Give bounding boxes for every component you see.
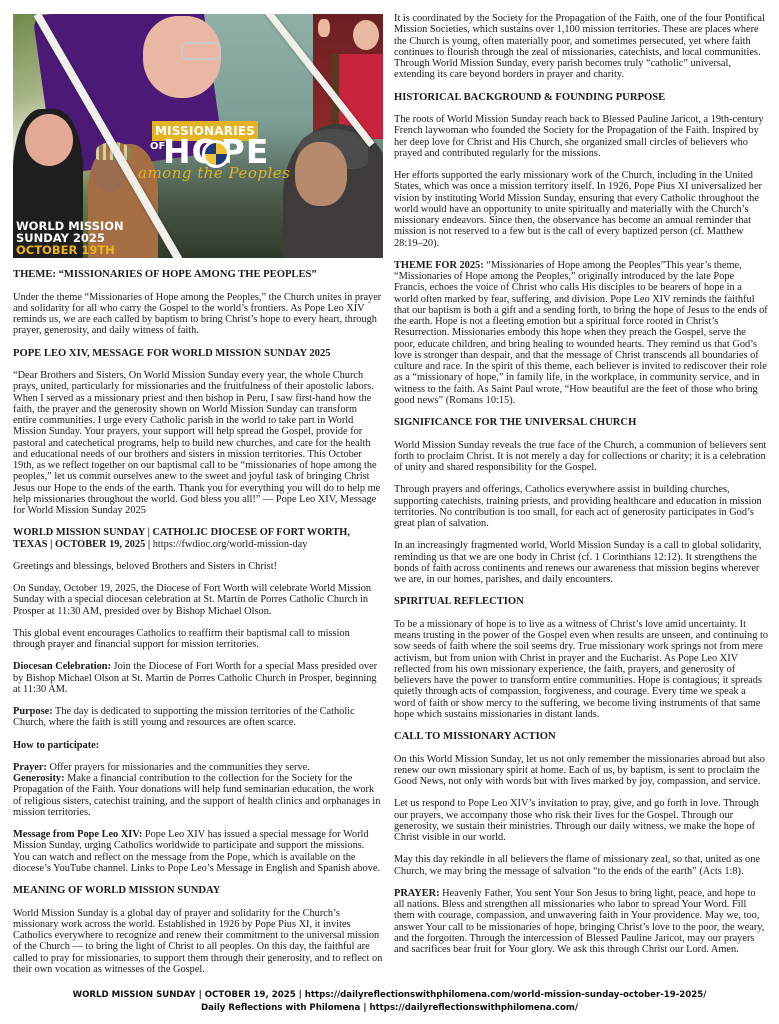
generosity-label: Generosity: <box>13 773 65 784</box>
call-to-action-heading: CALL TO MISSIONARY ACTION <box>394 731 768 743</box>
history-paragraph-2: Her efforts supported the early missiona… <box>394 170 768 249</box>
history-paragraph-1: The roots of World Mission Sunday reach … <box>394 114 768 159</box>
hero-image: MISSIONARIES OF HOPE among the Peoples W… <box>13 14 383 258</box>
pope-message-heading: POPE LEO XIV, MESSAGE FOR WORLD MISSION … <box>13 348 383 360</box>
page-footer: WORLD MISSION SUNDAY | OCTOBER 19, 2025 … <box>0 989 779 1015</box>
prayer-text: Offer prayers for missionaries and the c… <box>47 762 310 773</box>
celebration-intro-paragraph: On Sunday, October 19, 2025, the Diocese… <box>13 583 383 617</box>
theme-2025-label: THEME FOR 2025: <box>394 260 484 271</box>
coordination-paragraph: It is coordinated by the Society for the… <box>394 13 768 81</box>
theme-paragraph: Under the theme “Missionaries of Hope am… <box>13 292 383 337</box>
hero-event-date: OCTOBER 19TH <box>16 244 124 256</box>
hero-priest-left-head <box>25 114 73 166</box>
purpose-text: The day is dedicated to supporting the m… <box>13 706 355 728</box>
how-to-participate-label: How to participate: <box>13 740 99 751</box>
significance-paragraph-1: World Mission Sunday reveals the true fa… <box>394 440 768 474</box>
call-to-action-paragraph-3: May this day rekindle in all believers t… <box>394 854 768 877</box>
theme-heading: THEME: “MISSIONARIES OF HOPE AMONG THE P… <box>13 269 383 281</box>
how-to-participate-heading: How to participate: <box>13 740 383 751</box>
significance-paragraph-3: In an increasingly fragmented world, Wor… <box>394 540 768 585</box>
diocese-link[interactable]: https://fwdioc.org/world-mission-day <box>153 539 308 550</box>
generosity-item: Generosity: Make a financial contributio… <box>13 773 383 818</box>
greeting-paragraph: Greetings and blessings, beloved Brother… <box>13 561 383 572</box>
left-column: MISSIONARIES OF HOPE among the Peoples W… <box>13 0 383 986</box>
meaning-heading: MEANING OF WORLD MISSION SUNDAY <box>13 885 383 897</box>
call-to-action-paragraph-2: Let us respond to Pope Leo XIV’s invitat… <box>394 798 768 843</box>
significance-paragraph-2: Through prayers and offerings, Catholics… <box>394 484 768 529</box>
prayer-label: Prayer: <box>13 762 47 773</box>
pope-video-message-label: Message from Pope Leo XIV: <box>13 829 142 840</box>
purpose-paragraph: Purpose: The day is dedicated to support… <box>13 706 383 729</box>
meaning-paragraph: World Mission Sunday is a global day of … <box>13 908 383 976</box>
significance-heading: SIGNIFICANCE FOR THE UNIVERSAL CHURCH <box>394 417 768 429</box>
hero-pope-figure <box>353 20 379 50</box>
closing-prayer-text: Heavenly Father, You sent Your Son Jesus… <box>394 888 764 955</box>
hero-pope-hand <box>318 19 330 37</box>
history-heading: HISTORICAL BACKGROUND & FOUNDING PURPOSE <box>394 92 768 104</box>
hero-event-caption: WORLD MISSION SUNDAY 2025 OCTOBER 19TH <box>16 220 124 256</box>
closing-prayer-paragraph: PRAYER: Heavenly Father, You sent Your S… <box>394 888 768 956</box>
footer-line-1[interactable]: WORLD MISSION SUNDAY | OCTOBER 19, 2025 … <box>0 989 779 1002</box>
hero-elderly-woman-face <box>295 142 347 206</box>
spiritual-reflection-heading: SPIRITUAL REFLECTION <box>394 596 768 608</box>
spiritual-reflection-paragraph: To be a missionary of hope is to live as… <box>394 619 768 720</box>
diocese-heading: WORLD MISSION SUNDAY | CATHOLIC DIOCESE … <box>13 527 383 550</box>
diocesan-celebration-paragraph: Diocesan Celebration: Join the Diocese o… <box>13 661 383 695</box>
footer-line-2[interactable]: Daily Reflections with Philomena | https… <box>0 1002 779 1015</box>
right-column: It is coordinated by the Society for the… <box>394 13 768 966</box>
hero-among-peoples-text: among the Peoples <box>138 164 290 182</box>
diocesan-celebration-label: Diocesan Celebration: <box>13 661 111 672</box>
pope-message-paragraph: “Dear Brothers and Sisters, On World Mis… <box>13 370 383 516</box>
theme-2025-text: “Missionaries of Hope among the Peoples”… <box>394 260 768 406</box>
call-to-action-paragraph-1: On this World Mission Sunday, let us not… <box>394 754 768 788</box>
pope-video-message-paragraph: Message from Pope Leo XIV: Pope Leo XIV … <box>13 829 383 874</box>
global-event-paragraph: This global event encourages Catholics t… <box>13 628 383 651</box>
theme-2025-paragraph: THEME FOR 2025: “Missionaries of Hope am… <box>394 260 768 406</box>
closing-prayer-label: PRAYER: <box>394 888 440 899</box>
prayer-item: Prayer: Offer prayers for missionaries a… <box>13 762 383 773</box>
hero-glasses <box>181 42 221 60</box>
purpose-label: Purpose: <box>13 706 53 717</box>
generosity-text: Make a financial contribution to the col… <box>13 773 380 818</box>
